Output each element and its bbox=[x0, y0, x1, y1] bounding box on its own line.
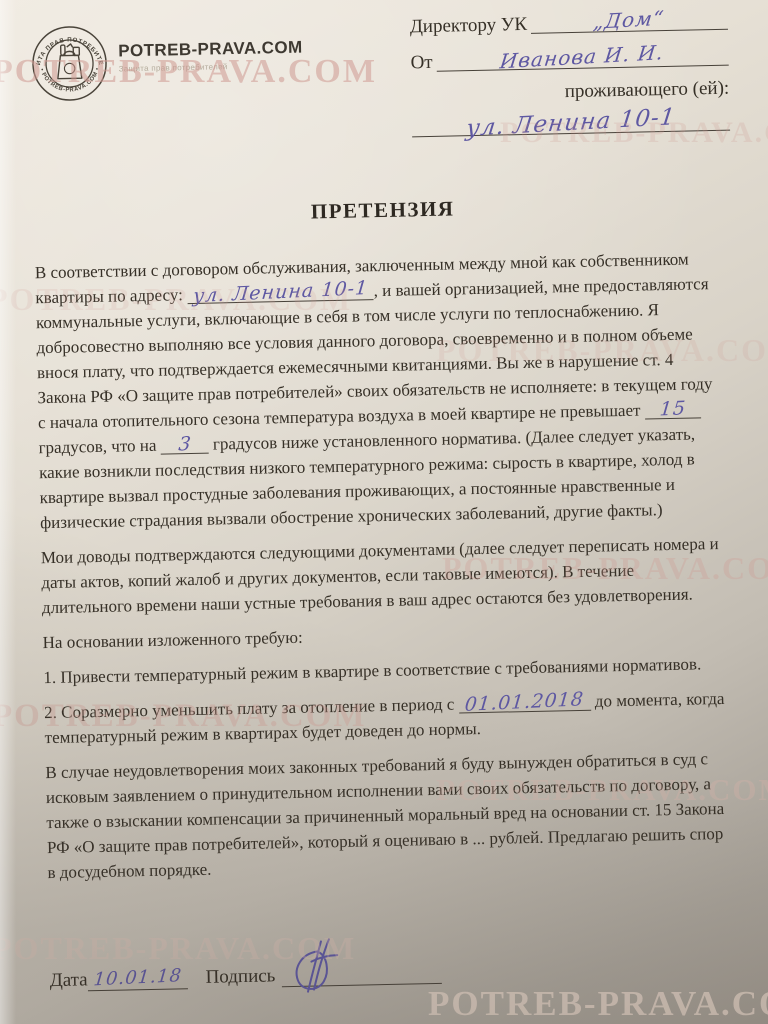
recipient-line-address: ул. Ленина 10-1 bbox=[412, 108, 730, 138]
shopping-bag-icon bbox=[57, 44, 82, 79]
consumer-protection-badge-icon: ЗАЩИТА ПРАВ ПОТРЕБИТЕЛЕЙ • POTREB-PRAVA.… bbox=[30, 24, 110, 104]
handwritten-degrees-diff: 3 bbox=[177, 436, 192, 453]
handwritten-date: 10.01.18 bbox=[92, 965, 182, 990]
date-label: Дата bbox=[50, 969, 88, 992]
brand-block: ЗАЩИТА ПРАВ ПОТРЕБИТЕЛЕЙ • POTREB-PRAVA.… bbox=[30, 16, 304, 104]
handwritten-applicant-name: Иванова И. И. bbox=[499, 42, 665, 71]
signature-label: Подпись bbox=[205, 965, 275, 988]
paragraph-3: На основании изложенного требую: bbox=[42, 616, 724, 655]
handwritten-address-inline: ул. Ленина 10-1 bbox=[192, 280, 369, 304]
date-signature-row: Дата 10.01.18 Подпись bbox=[49, 961, 441, 992]
item2-text-a: 2. Соразмерно уменьшить плату за отоплен… bbox=[44, 695, 455, 723]
photo-of-document: ЗАЩИТА ПРАВ ПОТРЕБИТЕЛЕЙ • POTREB-PRAVA.… bbox=[0, 0, 768, 1024]
handwritten-signature bbox=[287, 937, 366, 1001]
paragraph-2: Мои доводы подтверждаются следующими док… bbox=[41, 531, 724, 620]
director-blank-line: „Дом“ bbox=[531, 7, 728, 34]
document-title: ПРЕТЕНЗИЯ bbox=[33, 191, 731, 231]
from-blank-line: Иванова И. И. bbox=[436, 43, 728, 72]
paragraph-4: В случае неудовлетворения моих законных … bbox=[45, 746, 729, 885]
brand-subtitle: Защита прав потребителей bbox=[119, 61, 303, 74]
recipient-block: Директору УК „Дом“ От Иванова И. И. прож… bbox=[410, 7, 731, 151]
p1-text-c: градусов, что на bbox=[38, 436, 156, 457]
signature-blank-line bbox=[281, 961, 441, 987]
document-body: В соответствии с договором обслуживания,… bbox=[35, 246, 730, 885]
residing-label: проживающего (ей): bbox=[411, 79, 729, 105]
address-blank-line: ул. Ленина 10-1 bbox=[412, 108, 730, 138]
handwritten-temperature: 15 bbox=[659, 400, 687, 417]
demand-item-2: 2. Соразмерно уменьшить плату за отоплен… bbox=[44, 686, 727, 750]
handwritten-address: ул. Ленина 10-1 bbox=[465, 106, 677, 141]
recipient-line-from: От Иванова И. И. bbox=[410, 43, 728, 73]
demand-item-1: 1. Привести температурный режим в кварти… bbox=[43, 651, 725, 690]
temperature-inline-blank: 15 bbox=[645, 400, 701, 419]
paragraph-1: В соответствии с договором обслуживания,… bbox=[35, 246, 723, 535]
from-label: От bbox=[410, 53, 436, 73]
period-date-inline-blank: 01.01.2018 bbox=[458, 693, 590, 714]
degrees-diff-inline-blank: 3 bbox=[161, 436, 209, 455]
director-label: Директору УК bbox=[410, 15, 532, 37]
document-header: ЗАЩИТА ПРАВ ПОТРЕБИТЕЛЕЙ • POTREB-PRAVA.… bbox=[30, 7, 731, 172]
handwritten-period-date: 01.01.2018 bbox=[464, 691, 585, 713]
document-sheet: ЗАЩИТА ПРАВ ПОТРЕБИТЕЛЕЙ • POTREB-PRAVA.… bbox=[0, 0, 768, 1024]
recipient-line-director: Директору УК „Дом“ bbox=[410, 7, 728, 37]
handwritten-company-name: „Дом“ bbox=[593, 8, 666, 32]
address-inline-blank: ул. Ленина 10-1 bbox=[187, 282, 374, 304]
brand-title: POTREB-PRAVA.COM bbox=[118, 38, 303, 62]
brand-text: POTREB-PRAVA.COM Защита прав потребителе… bbox=[118, 38, 303, 74]
date-blank-line: 10.01.18 bbox=[87, 966, 187, 991]
